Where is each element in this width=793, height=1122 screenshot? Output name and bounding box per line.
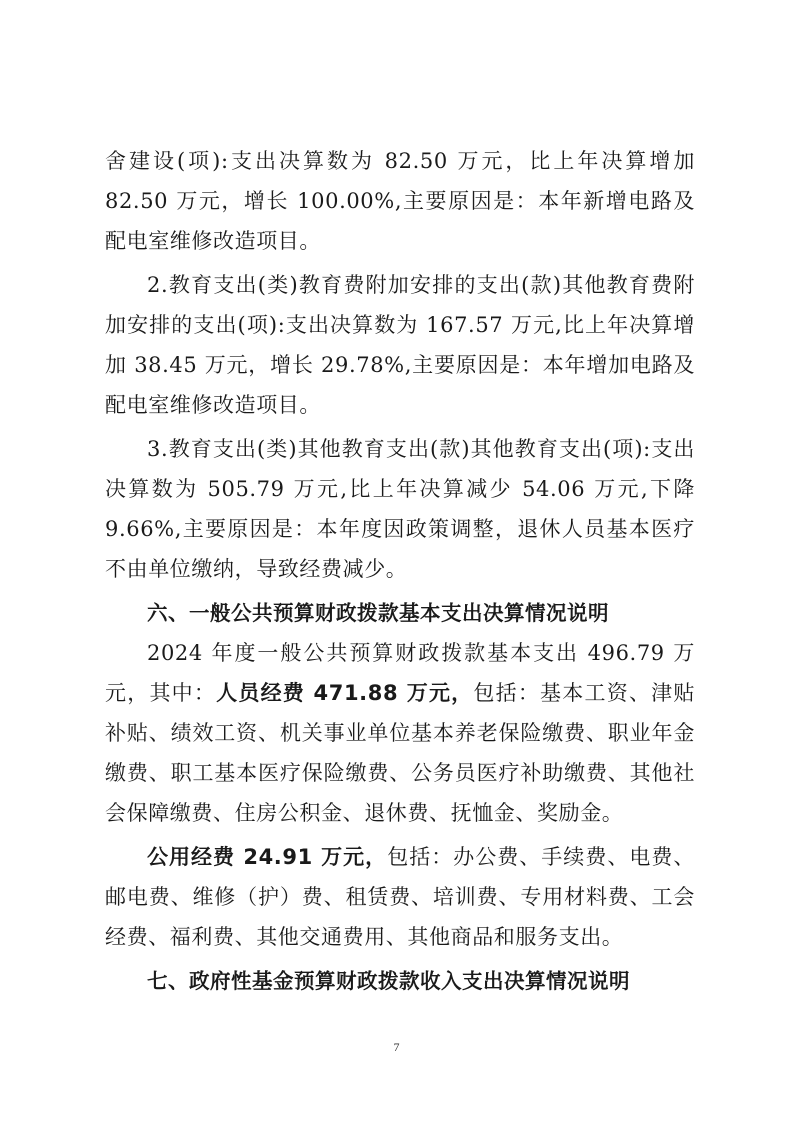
paragraph-public-expense: 公用经费 24.91 万元，包括：办公费、手续费、电费、邮电费、维修（护）费、租… <box>105 837 695 957</box>
paragraph-item-3: 3.教育支出(类)其他教育支出(款)其他教育支出(项):支出决算数为 505.7… <box>105 429 695 589</box>
page-number: 7 <box>0 1040 793 1055</box>
paragraph-item-2: 2.教育支出(类)教育费附加安排的支出(款)其他教育费附加安排的支出(项):支出… <box>105 265 695 425</box>
personnel-expense-bold: 人员经费 471.88 万元， <box>216 681 473 705</box>
section-heading-7: 七、政府性基金预算财政拨款收入支出决算情况说明 <box>105 961 695 1001</box>
document-page: 舍建设(项):支出决算数为 82.50 万元，比上年决算增加 82.50 万元，… <box>105 141 695 1001</box>
paragraph-basic-expenditure: 2024 年度一般公共预算财政拨款基本支出 496.79 万元，其中：人员经费 … <box>105 633 695 833</box>
public-expense-bold: 公用经费 24.91 万元， <box>147 845 387 869</box>
section-heading-6: 六、一般公共预算财政拨款基本支出决算情况说明 <box>105 593 695 633</box>
paragraph-continuation: 舍建设(项):支出决算数为 82.50 万元，比上年决算增加 82.50 万元，… <box>105 141 695 261</box>
